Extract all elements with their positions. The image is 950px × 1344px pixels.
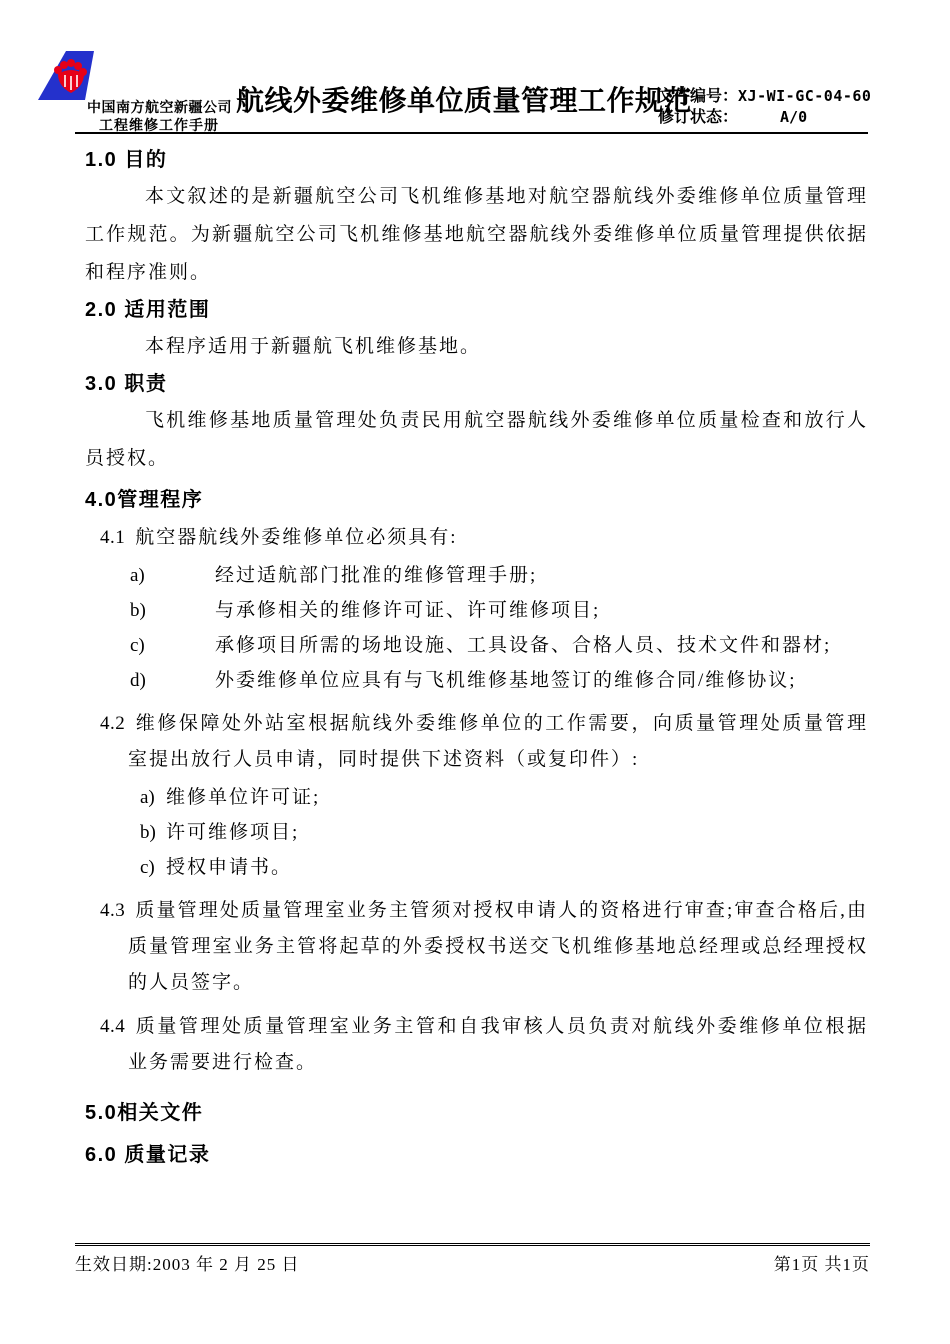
list-item-marker: c) <box>140 850 166 885</box>
airline-logo <box>37 49 95 101</box>
section-2-heading: 2.0 适用范围 <box>85 298 868 322</box>
tail-fin-logo-icon <box>37 49 95 101</box>
section-6-heading: 6.0 质量记录 <box>85 1143 868 1167</box>
document-page: 中国南方航空新疆公司 工程维修工作手册 航线外委维修单位质量管理工作规范 文件编… <box>0 0 950 1344</box>
list-item: d)外委维修单位应具有与飞机维修基地签订的维修合同/维修协议; <box>130 663 868 698</box>
company-name: 中国南方航空新疆公司 <box>87 97 232 117</box>
section-4-heading: 4.0管理程序 <box>85 488 868 512</box>
section-3-heading: 3.0 职责 <box>85 372 868 396</box>
header-divider <box>75 132 868 134</box>
list-item: a)维修单位许可证; <box>140 780 868 815</box>
list-item: a)经过适航部门批准的维修管理手册; <box>130 558 868 593</box>
section-2-paragraph: 本程序适用于新疆航飞机维修基地。 <box>85 328 868 366</box>
list-item-text: 维修单位许可证; <box>166 780 320 815</box>
page-info: 第1页 共1页 <box>774 1250 870 1275</box>
doc-number-row: 文件编号：XJ-WI-GC-04-60 <box>658 86 871 107</box>
subsection-4-1: 4.1航空器航线外委维修单位必须具有: <box>85 520 868 556</box>
list-item-marker: c) <box>130 628 215 663</box>
list-item: c)承修项目所需的场地设施、工具设备、合格人员、技术文件和器材; <box>130 628 868 663</box>
subsection-4-3: 4.3质量管理处质量管理室业务主管须对授权申请人的资格进行审查;审查合格后,由质… <box>85 893 868 1001</box>
subsection-4-2-label: 4.2 <box>100 713 125 734</box>
list-item-text: 承修项目所需的场地设施、工具设备、合格人员、技术文件和器材; <box>215 628 831 663</box>
revision-label: 修订状态： <box>658 109 738 126</box>
doc-number-value: XJ-WI-GC-04-60 <box>738 87 871 105</box>
list-item-marker: a) <box>130 558 215 593</box>
list-item-text: 授权申请书。 <box>166 850 292 885</box>
revision-value: A/0 <box>780 108 807 126</box>
section-1-heading: 1.0 目的 <box>85 148 868 172</box>
list-item-marker: b) <box>130 593 215 628</box>
subsection-4-1-label: 4.1 <box>100 527 125 548</box>
list-item: b)许可维修项目; <box>140 815 868 850</box>
doc-number-label: 文件编号： <box>658 88 738 105</box>
list-item: b)与承修相关的维修许可证、许可维修项目; <box>130 593 868 628</box>
document-title: 航线外委维修单位质量管理工作规范 <box>236 79 692 119</box>
subsection-4-4-text: 质量管理处质量管理室业务主管和自我审核人员负责对航线外委维修单位根据业务需要进行… <box>128 1016 868 1073</box>
subsection-4-3-label: 4.3 <box>100 900 125 921</box>
section-1-paragraph: 本文叙述的是新疆航空公司飞机维修基地对航空器航线外委维修单位质量管理工作规范。为… <box>85 178 868 292</box>
list-item-marker: b) <box>140 815 166 850</box>
subsection-4-3-text: 质量管理处质量管理室业务主管须对授权申请人的资格进行审查;审查合格后,由质量管理… <box>128 900 868 993</box>
revision-row: 修订状态：A/0 <box>658 107 871 128</box>
list-item-text: 经过适航部门批准的维修管理手册; <box>215 558 537 593</box>
section-5-heading: 5.0相关文件 <box>85 1101 868 1125</box>
list-4-1: a)经过适航部门批准的维修管理手册; b)与承修相关的维修许可证、许可维修项目;… <box>130 558 868 698</box>
subsection-4-4: 4.4质量管理处质量管理室业务主管和自我审核人员负责对航线外委维修单位根据业务需… <box>85 1009 868 1081</box>
subsection-4-2: 4.2维修保障处外站室根据航线外委维修单位的工作需要，向质量管理处质量管理室提出… <box>85 706 868 778</box>
document-body: 1.0 目的 本文叙述的是新疆航空公司飞机维修基地对航空器航线外委维修单位质量管… <box>85 140 868 1167</box>
list-item-text: 外委维修单位应具有与飞机维修基地签订的维修合同/维修协议; <box>215 663 797 698</box>
list-item-text: 许可维修项目; <box>166 815 299 850</box>
subsection-4-4-label: 4.4 <box>100 1016 125 1037</box>
document-meta: 文件编号：XJ-WI-GC-04-60 修订状态：A/0 <box>658 86 871 128</box>
list-item-text: 与承修相关的维修许可证、许可维修项目; <box>215 593 600 628</box>
document-footer: 生效日期:2003 年 2 月 25 日 第1页 共1页 <box>75 1243 870 1275</box>
subsection-4-1-text: 航空器航线外委维修单位必须具有: <box>135 527 457 548</box>
list-item: c)授权申请书。 <box>140 850 868 885</box>
effective-date: 生效日期:2003 年 2 月 25 日 <box>75 1250 299 1275</box>
list-item-marker: d) <box>130 663 215 698</box>
list-item-marker: a) <box>140 780 166 815</box>
list-4-2: a)维修单位许可证; b)许可维修项目; c)授权申请书。 <box>140 780 868 885</box>
subsection-4-2-text: 维修保障处外站室根据航线外委维修单位的工作需要，向质量管理处质量管理室提出放行人… <box>128 713 868 770</box>
section-3-paragraph: 飞机维修基地质量管理处负责民用航空器航线外委维修单位质量检查和放行人员授权。 <box>85 402 868 478</box>
